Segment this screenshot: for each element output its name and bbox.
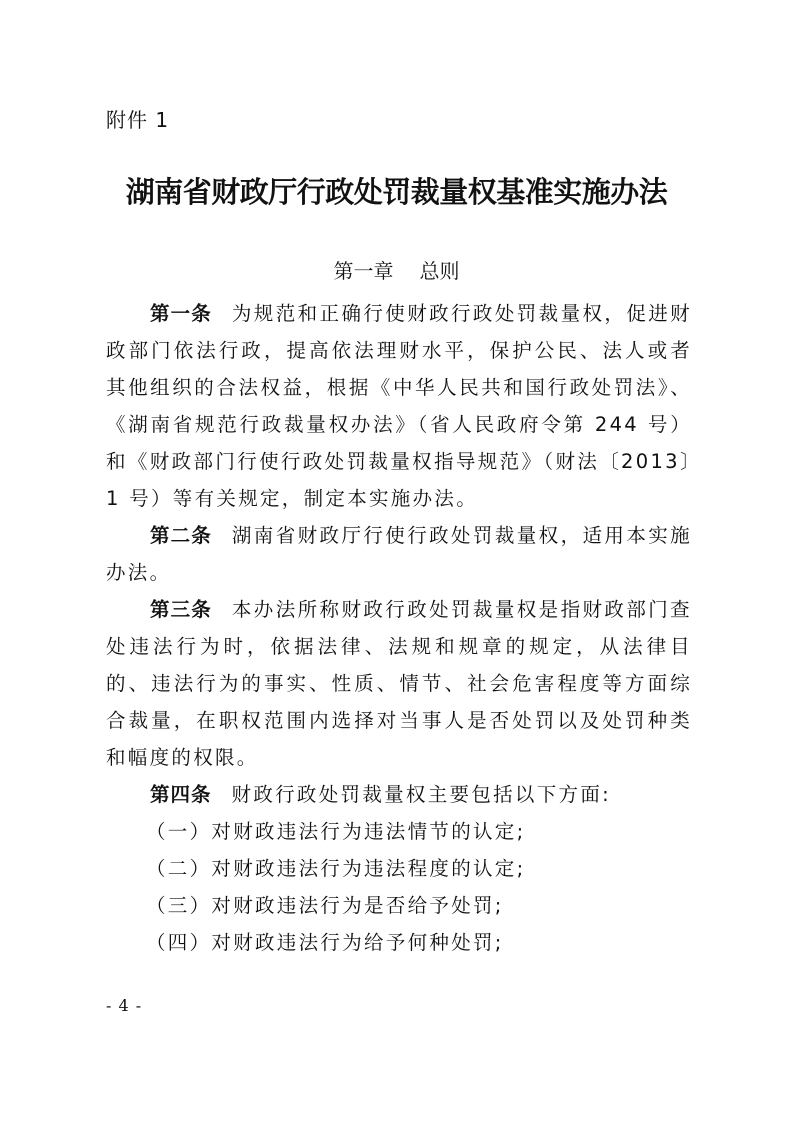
chapter-number: 第一章 [334, 259, 394, 283]
article-2: 第二条湖南省财政厅行使行政处罚裁量权，适用本实施办法。 [106, 517, 692, 591]
article-1: 第一条为规范和正确行使财政行政处罚裁量权，促进财政部门依法行政，提高依法理财水平… [106, 295, 692, 517]
list-item: （三）对财政违法行为是否给予处罚; [106, 887, 692, 924]
chapter-heading: 第一章总则 [0, 255, 793, 284]
article-4: 第四条财政行政处罚裁量权主要包括以下方面: [106, 776, 692, 813]
article-label: 第四条 [150, 783, 212, 806]
article-label: 第一条 [150, 302, 212, 325]
article-text: 为规范和正确行使财政行政处罚裁量权，促进财政部门依法行政，提高依法理财水平，保护… [106, 302, 692, 510]
article-text: 本办法所称财政行政处罚裁量权是指财政部门查处违法行为时，依据法律、法规和规章的规… [106, 598, 692, 769]
document-body: 第一条为规范和正确行使财政行政处罚裁量权，促进财政部门依法行政，提高依法理财水平… [106, 295, 692, 961]
article-3: 第三条本办法所称财政行政处罚裁量权是指财政部门查处违法行为时，依据法律、法规和规… [106, 591, 692, 776]
list-item: （一）对财政违法行为违法情节的认定; [106, 813, 692, 850]
list-item: （四）对财政违法行为给予何种处罚; [106, 924, 692, 961]
attachment-label: 附件 1 [106, 104, 169, 133]
article-text: 财政行政处罚裁量权主要包括以下方面: [232, 783, 611, 806]
document-page: 附件 1 湖南省财政厅行政处罚裁量权基准实施办法 第一章总则 第一条为规范和正确… [0, 0, 793, 1122]
list-item: （二）对财政违法行为违法程度的认定; [106, 850, 692, 887]
chapter-name: 总则 [420, 259, 460, 283]
page-number: - 4 - [106, 996, 142, 1015]
document-title: 湖南省财政厅行政处罚裁量权基准实施办法 [0, 170, 793, 211]
article-label: 第三条 [150, 598, 212, 621]
article-label: 第二条 [150, 524, 212, 547]
